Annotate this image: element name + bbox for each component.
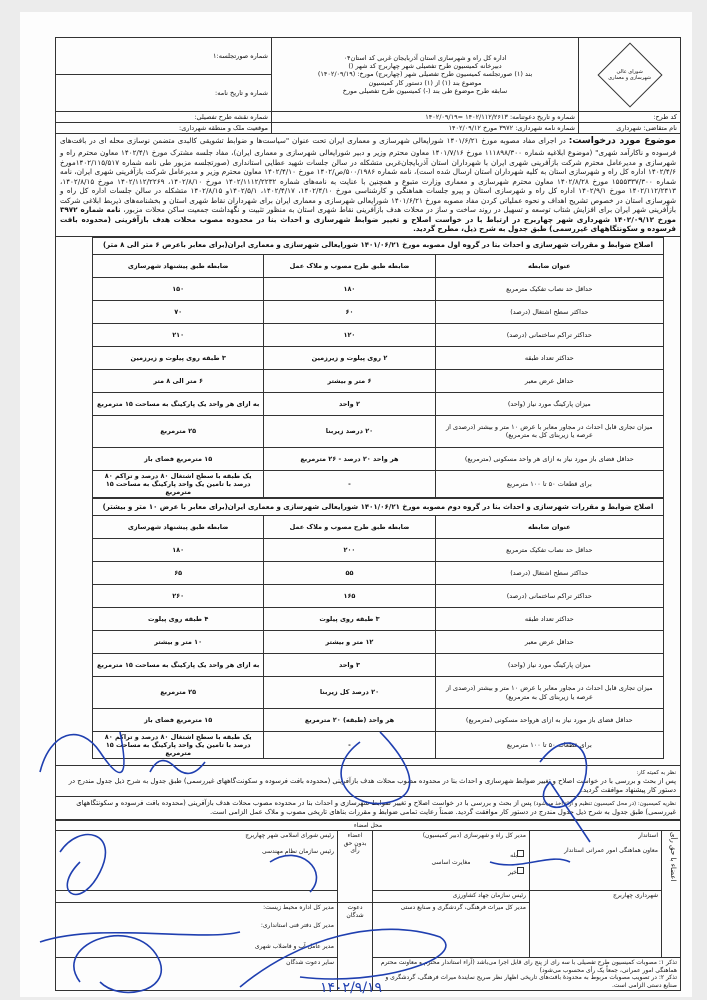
- table-row: حداقل عرض معبر۱۲ متر و بیشتر۱۰ متر و بیش…: [93, 631, 664, 654]
- detail-map-number: شماره نقشه طرح تفصیلی:: [56, 112, 272, 123]
- applicant: نام متقاضی: شهرداری: [579, 123, 681, 134]
- org-line: بند (۱) صورتجلسه کمیسیون طرح تفصیلی شهر …: [275, 70, 575, 78]
- council-sign-space: [56, 891, 338, 903]
- rules-table-group1: اصلاح ضوابط و مقررات شهرسازی و احداث بنا…: [92, 237, 664, 498]
- municipality-letter: شماره نامه شهرداری: ۳۹۷۲ مورخ ۱۴۰۲/۰۹/۱۲: [272, 123, 579, 134]
- letter-number-date: شماره و تاریخ نامه:: [56, 75, 272, 112]
- session-number: شماره صورتجلسه:۱: [56, 38, 272, 75]
- invited-label: دعوت شدگان: [338, 903, 373, 991]
- request-title: موضوع مورد درخواست:: [569, 136, 676, 146]
- table-row: برای قطعات ۵۰ تا ۱۰۰ مترمربع-یک طبقه با …: [93, 470, 664, 497]
- no-checkbox[interactable]: [517, 867, 524, 874]
- table-row: حداکثر تعداد طبقه۳ طبقه روی پیلوت۴ طبقه …: [93, 608, 664, 631]
- working-group-opinion: نظر به کمیته کار: پس از بحث و بررسی با د…: [55, 766, 681, 797]
- document-page: شورای عالی شهرسازی و معماری اداره کل راه…: [20, 12, 692, 997]
- invited-cell: مدیر کل اداره محیط زیست: مدیر کل دفتر فن…: [56, 903, 338, 958]
- yes-checkbox[interactable]: [517, 850, 524, 857]
- rules-wrapper: اصلاح ضوابط و مقررات شهرسازی و احداث بنا…: [55, 237, 681, 767]
- commission-opinion: نظریه کمیسیون: (در محل کمیسیون تنظیم و آ…: [55, 797, 681, 819]
- table-row: میزان تجاری قابل احداث در مجاور معابر با…: [93, 677, 664, 709]
- request-body: در اجرای مفاد مصوبه مورخ ۱۴۰۱/۶/۲۱ شورای…: [60, 136, 676, 214]
- logo-cell: شورای عالی شهرسازی و معماری: [579, 38, 681, 112]
- municipality-cell: شهرداری چهاربرج: [530, 891, 662, 958]
- table-row: حداکثر سطح اشتغال (درصد)۵۵۶۵: [93, 562, 664, 585]
- column-header: ضابطه طبق طرح مصوب و ملاک عمل: [264, 254, 435, 277]
- org-line: اداره کل راه و شهرسازی استان آذربایجان غ…: [275, 54, 575, 62]
- notes-cell: تذکر ۱: مصوبات کمیسیون طرح تفصیلی با سه …: [373, 958, 681, 991]
- org-line: دبیرخانه کمیسیون طرح تفصیلی شهر چهاربرج …: [275, 62, 575, 70]
- property-location: موقعیت ملک و منطقه شهرداری:: [56, 123, 272, 134]
- table1-title: اصلاح ضوابط و مقررات شهرسازی و احداث بنا…: [93, 237, 664, 254]
- column-header: ضابطه طبق پیشنهاد شهرسازی: [93, 516, 264, 539]
- table-row: حداکثر تراکم ساختمانی (درصد)۱۶۵۲۶۰: [93, 585, 664, 608]
- org-line: موضوع بند (۱) از (۱) دستور کار کمیسیون: [275, 79, 575, 87]
- column-header: عنوان ضابطه: [435, 254, 663, 277]
- governor-cell: استاندار معاون هماهنگی امور عمرانی استان…: [530, 831, 662, 891]
- signature-table: محل امضاء اعضاء با حق رأی استاندار معاون…: [55, 820, 681, 992]
- column-header: عنوان ضابطه: [435, 516, 663, 539]
- table2-title: اصلاح ضوابط و مقررات شهرسازی و احداث بنا…: [93, 499, 664, 516]
- table-row: حداکثر سطح اشتغال (درصد)۶۰۷۰: [93, 300, 664, 323]
- heritage-cell: مدیر کل میراث فرهنگی، گردشگری و صنایع دس…: [373, 903, 530, 958]
- header-table: شورای عالی شهرسازی و معماری اداره کل راه…: [55, 37, 681, 134]
- commission-minutes: شورای عالی شهرسازی و معماری اداره کل راه…: [55, 37, 681, 991]
- voting-members-label: اعضاء با حق رأی: [662, 831, 681, 958]
- request-section: موضوع مورد درخواست: در اجرای مفاد مصوبه …: [55, 134, 681, 236]
- table-row: حداقل فضای باز مورد نیاز به ازای هر واحد…: [93, 447, 664, 470]
- others-cell: سایر دعوت شدگان: [56, 958, 338, 991]
- table-row: حداقل فضای باز مورد نیاز به ازای هرواحد …: [93, 709, 664, 732]
- council-cell: رئیس شورای اسلامی شهر چهاربرج رئیس سازما…: [56, 831, 338, 891]
- rules-table-group2: اصلاح ضوابط و مقررات شهرسازی و احداث بنا…: [92, 498, 664, 759]
- table-row: حداکثر تراکم ساختمانی (درصد)۱۲۰۲۱۰: [93, 323, 664, 346]
- table-row: حداکثر تعداد طبقه۲ روی پیلوت و زیرزمین۳ …: [93, 346, 664, 369]
- org-block: اداره کل راه و شهرسازی استان آذربایجان غ…: [272, 38, 579, 112]
- org-line: سابقه طرح موضوع طی بند (-) کمیسیون طرح ت…: [275, 87, 575, 95]
- table-row: میزان پارکینگ مورد نیاز (واحد)۳ واحدبه ا…: [93, 654, 664, 677]
- roads-director-cell: مدیر کل راه و شهرسازی (دبیر کمیسیون) بله…: [373, 831, 530, 891]
- table-row: میزان تجاری قابل احداث در مجاور معابر با…: [93, 415, 664, 447]
- plan-code: کد طرح:: [579, 112, 681, 123]
- signatures-title: محل امضاء: [56, 820, 681, 831]
- non-voting-label: اعضاء بدون حق رأی: [338, 831, 373, 903]
- table-row: حداقل عرض معبر۶ متر و بیشتر۶ متر الی ۸ م…: [93, 369, 664, 392]
- table-row: حداقل حد نصاب تفکیک مترمربع۱۸۰۱۵۰: [93, 277, 664, 300]
- column-header: ضابطه طبق طرح مصوب و ملاک عمل: [264, 516, 435, 539]
- invitation-number: شماره و تاریخ دعوتنامه: ۱۴۰۲/۱۱۲/۲۶۱۳ =۱…: [272, 112, 579, 123]
- table-row: میزان پارکینگ مورد نیاز (واحد)۲ واحدبه ا…: [93, 392, 664, 415]
- table-row: حداقل حد نصاب تفکیک مترمربع۲۰۰۱۸۰: [93, 539, 664, 562]
- agriculture-cell: رئیس سازمان جهاد کشاورزی: [373, 891, 530, 903]
- council-logo: شورای عالی شهرسازی و معماری: [597, 42, 662, 107]
- table-row: برای قطعات ۵۰ تا ۱۰۰ مترمربع-یک طبقه با …: [93, 732, 664, 759]
- column-header: ضابطه طبق پیشنهاد شهرسازی: [93, 254, 264, 277]
